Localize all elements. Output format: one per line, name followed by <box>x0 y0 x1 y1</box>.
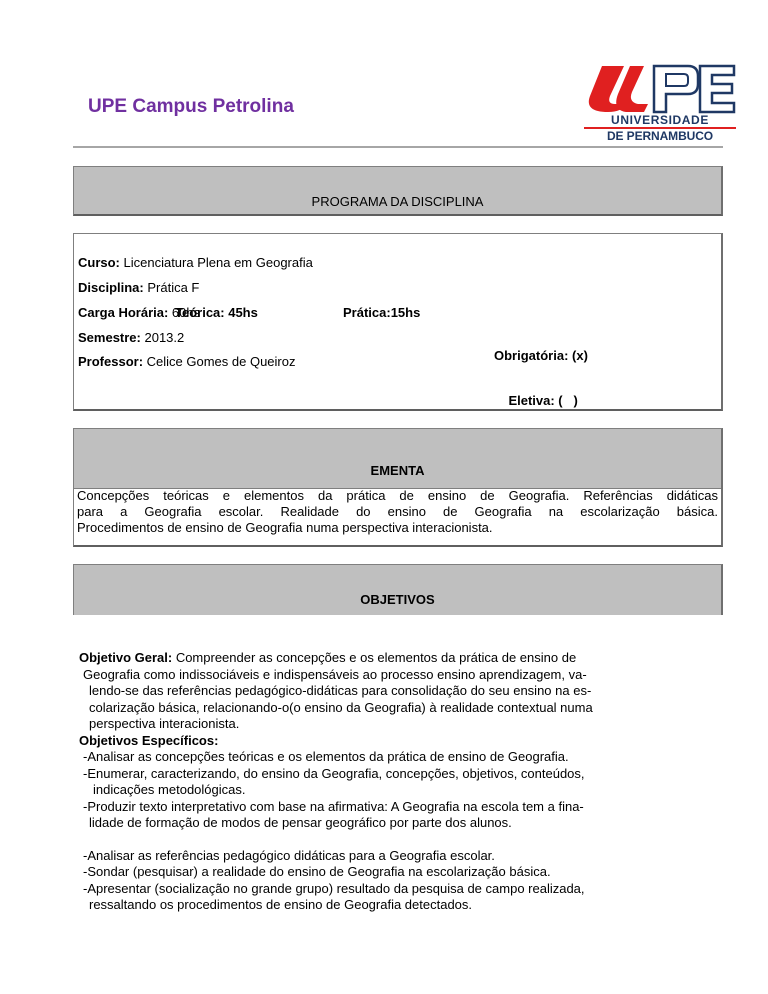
professor-row: Professor: Celice Gomes de Queiroz <box>78 354 295 369</box>
carga-label: Carga Horária: <box>78 305 168 320</box>
curso-row: Curso: Licenciatura Plena em Geografia <box>78 255 313 270</box>
upe-logo-mark-icon <box>582 62 736 114</box>
eletiva-field: Eletiva: ( ) <box>494 378 578 423</box>
ementa-heading: EMENTA <box>74 463 721 478</box>
objetivo-geral-text: perspectiva interacionista. <box>79 716 729 733</box>
objetivo-especifico: -Analisar as referências pedagógico didá… <box>79 848 729 865</box>
objetivo-especifico: -Sondar (pesquisar) a realidade do ensin… <box>79 864 729 881</box>
header-divider <box>73 146 723 148</box>
semestre-row: Semestre: 2013.2 <box>78 330 184 345</box>
upe-logo: UNIVERSIDADE DE PERNAMBUCO <box>582 62 736 144</box>
professor-value: Celice Gomes de Queiroz <box>143 354 295 369</box>
objetivos-content: Objetivo Geral: Compreender as concepçõe… <box>79 650 729 914</box>
objetivo-especifico: -Analisar as concepções teóricas e os el… <box>79 749 729 766</box>
teorica-field: Teórica: 45hs <box>175 305 258 320</box>
objetivo-especifico: -Apresentar (socialização no grande grup… <box>79 881 729 898</box>
semestre-label: Semestre: <box>78 330 141 345</box>
pratica-field: Prática:15hs <box>343 305 420 320</box>
curso-value: Licenciatura Plena em Geografia <box>120 255 313 270</box>
program-header-box: PROGRAMA DA DISCIPLINA <box>73 166 723 216</box>
semestre-value: 2013.2 <box>141 330 184 345</box>
program-header-title: PROGRAMA DA DISCIPLINA <box>74 194 721 209</box>
campus-title: UPE Campus Petrolina <box>88 96 294 118</box>
ementa-line: para a Geografia escolar. Realidade do e… <box>74 504 721 520</box>
logo-text-pernambuco: DE PERNAMBUCO <box>584 129 736 143</box>
obrigatoria-field: Obrigatória: (x) <box>494 348 588 363</box>
objetivos-header-box: OBJETIVOS <box>73 564 723 615</box>
objetivo-especifico: ressaltando os procedimentos de ensino d… <box>79 897 729 914</box>
objetivo-geral-text: Geografia como indissociáveis e indispen… <box>79 667 729 684</box>
professor-label: Professor: <box>78 354 143 369</box>
disciplina-value: Prática F <box>144 280 200 295</box>
objetivo-especifico: -Produzir texto interpretativo com base … <box>79 799 729 816</box>
objetivo-geral-label: Objetivo Geral: <box>79 650 172 665</box>
ementa-line: Concepções teóricas e elementos da práti… <box>74 488 721 504</box>
curso-label: Curso: <box>78 255 120 270</box>
ementa-body: Concepções teóricas e elementos da práti… <box>73 488 723 547</box>
disciplina-label: Disciplina: <box>78 280 144 295</box>
disciplina-row: Disciplina: Prática F <box>78 280 199 295</box>
spacer <box>79 832 729 848</box>
course-info-box: Curso: Licenciatura Plena em Geografia D… <box>73 233 723 411</box>
logo-text-universidade: UNIVERSIDADE <box>584 113 736 127</box>
objetivos-especificos-label: Objetivos Específicos: <box>79 733 729 750</box>
objetivo-especifico: -Enumerar, caracterizando, do ensino da … <box>79 766 729 783</box>
ementa-header-box: EMENTA <box>73 428 723 489</box>
objetivo-especifico: indicações metodológicas. <box>79 782 729 799</box>
objetivos-heading: OBJETIVOS <box>74 592 721 607</box>
objetivo-geral-text: lendo-se das referências pedagógico-didá… <box>79 683 729 700</box>
ementa-line: Procedimentos de ensino de Geografia num… <box>74 520 721 536</box>
objetivo-geral-text: colarização básica, relacionando-o(o ens… <box>79 700 729 717</box>
objetivo-especifico: lidade de formação de modos de pensar ge… <box>79 815 729 832</box>
objetivo-geral-line: Objetivo Geral: Compreender as concepçõe… <box>79 650 729 667</box>
